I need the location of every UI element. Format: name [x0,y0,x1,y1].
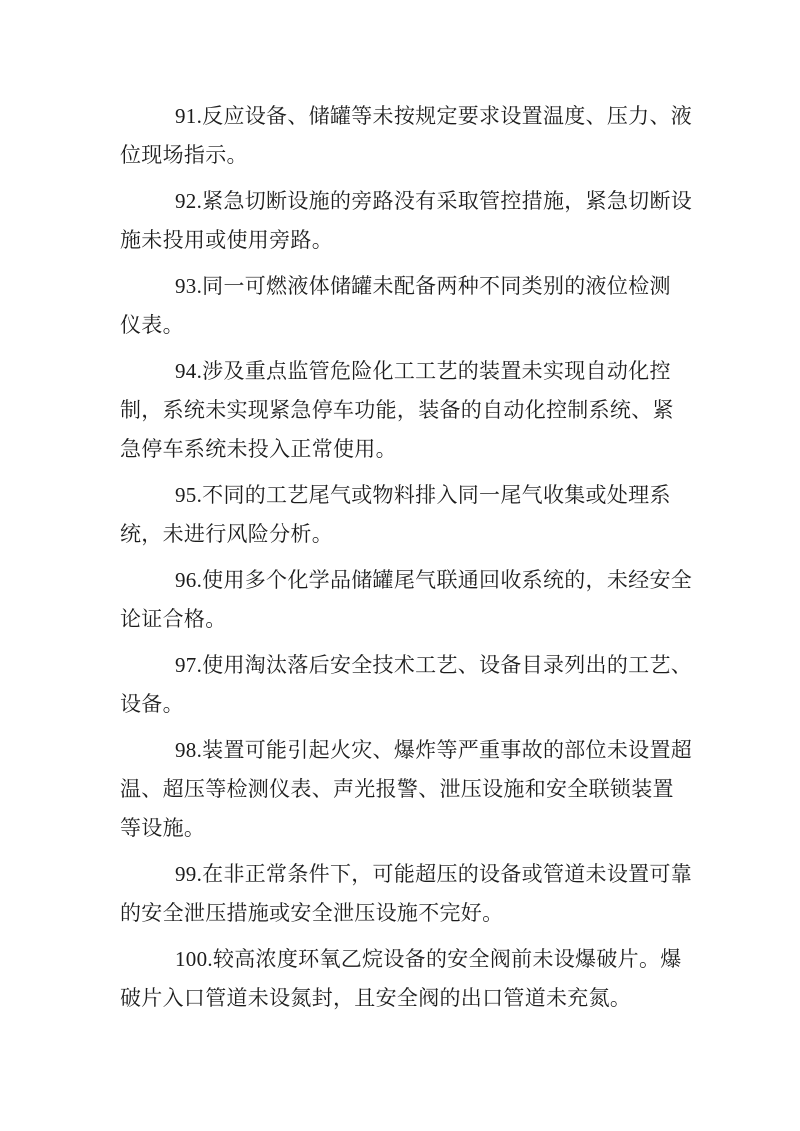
clause-line: 仪表。 [120,306,697,345]
clause-line: 等设施。 [120,809,697,848]
clause-paragraph-91: 91.反应设备、储罐等未按规定要求设置温度、压力、液位现场指示。 [120,97,697,175]
clause-line: 论证合格。 [120,600,697,639]
clause-line: 急停车系统未投入正常使用。 [120,430,697,469]
clause-paragraph-97: 97.使用淘汰落后安全技术工艺、设备目录列出的工艺、设备。 [120,646,697,724]
clause-first-line: 95.不同的工艺尾气或物料排入同一尾气收集或处理系 [120,476,697,515]
clause-line: 设备。 [120,685,697,724]
clause-line: 统，未进行风险分析。 [120,515,697,554]
clause-line: 施未投用或使用旁路。 [120,221,697,260]
clause-first-line: 93.同一可燃液体储罐未配备两种不同类别的液位检测 [120,267,697,306]
document-page: 91.反应设备、储罐等未按规定要求设置温度、压力、液位现场指示。92.紧急切断设… [0,0,800,1131]
document-body: 91.反应设备、储罐等未按规定要求设置温度、压力、液位现场指示。92.紧急切断设… [120,97,697,1018]
clause-paragraph-98: 98.装置可能引起火灾、爆炸等严重事故的部位未设置超温、超压等检测仪表、声光报警… [120,731,697,848]
clause-paragraph-93: 93.同一可燃液体储罐未配备两种不同类别的液位检测仪表。 [120,267,697,345]
clause-paragraph-99: 99.在非正常条件下，可能超压的设备或管道未设置可靠的安全泄压措施或安全泄压设施… [120,855,697,933]
clause-first-line: 91.反应设备、储罐等未按规定要求设置温度、压力、液 [120,97,697,136]
clause-first-line: 96.使用多个化学品储罐尾气联通回收系统的，未经安全 [120,561,697,600]
clause-first-line: 100.较高浓度环氧乙烷设备的安全阀前未设爆破片。爆 [120,940,697,979]
clause-line: 位现场指示。 [120,136,697,175]
clause-first-line: 92.紧急切断设施的旁路没有采取管控措施，紧急切断设 [120,182,697,221]
clause-paragraph-96: 96.使用多个化学品储罐尾气联通回收系统的，未经安全论证合格。 [120,561,697,639]
clause-line: 制，系统未实现紧急停车功能，装备的自动化控制系统、紧 [120,391,697,430]
clause-line: 的安全泄压措施或安全泄压设施不完好。 [120,894,697,933]
clause-paragraph-100: 100.较高浓度环氧乙烷设备的安全阀前未设爆破片。爆破片入口管道未设氮封，且安全… [120,940,697,1018]
clause-paragraph-92: 92.紧急切断设施的旁路没有采取管控措施，紧急切断设施未投用或使用旁路。 [120,182,697,260]
clause-paragraph-94: 94.涉及重点监管危险化工工艺的装置未实现自动化控制，系统未实现紧急停车功能，装… [120,352,697,469]
clause-paragraph-95: 95.不同的工艺尾气或物料排入同一尾气收集或处理系统，未进行风险分析。 [120,476,697,554]
clause-line: 破片入口管道未设氮封，且安全阀的出口管道未充氮。 [120,979,697,1018]
clause-first-line: 94.涉及重点监管危险化工工艺的装置未实现自动化控 [120,352,697,391]
clause-first-line: 97.使用淘汰落后安全技术工艺、设备目录列出的工艺、 [120,646,697,685]
clause-first-line: 99.在非正常条件下，可能超压的设备或管道未设置可靠 [120,855,697,894]
clause-first-line: 98.装置可能引起火灾、爆炸等严重事故的部位未设置超 [120,731,697,770]
clause-line: 温、超压等检测仪表、声光报警、泄压设施和安全联锁装置 [120,770,697,809]
